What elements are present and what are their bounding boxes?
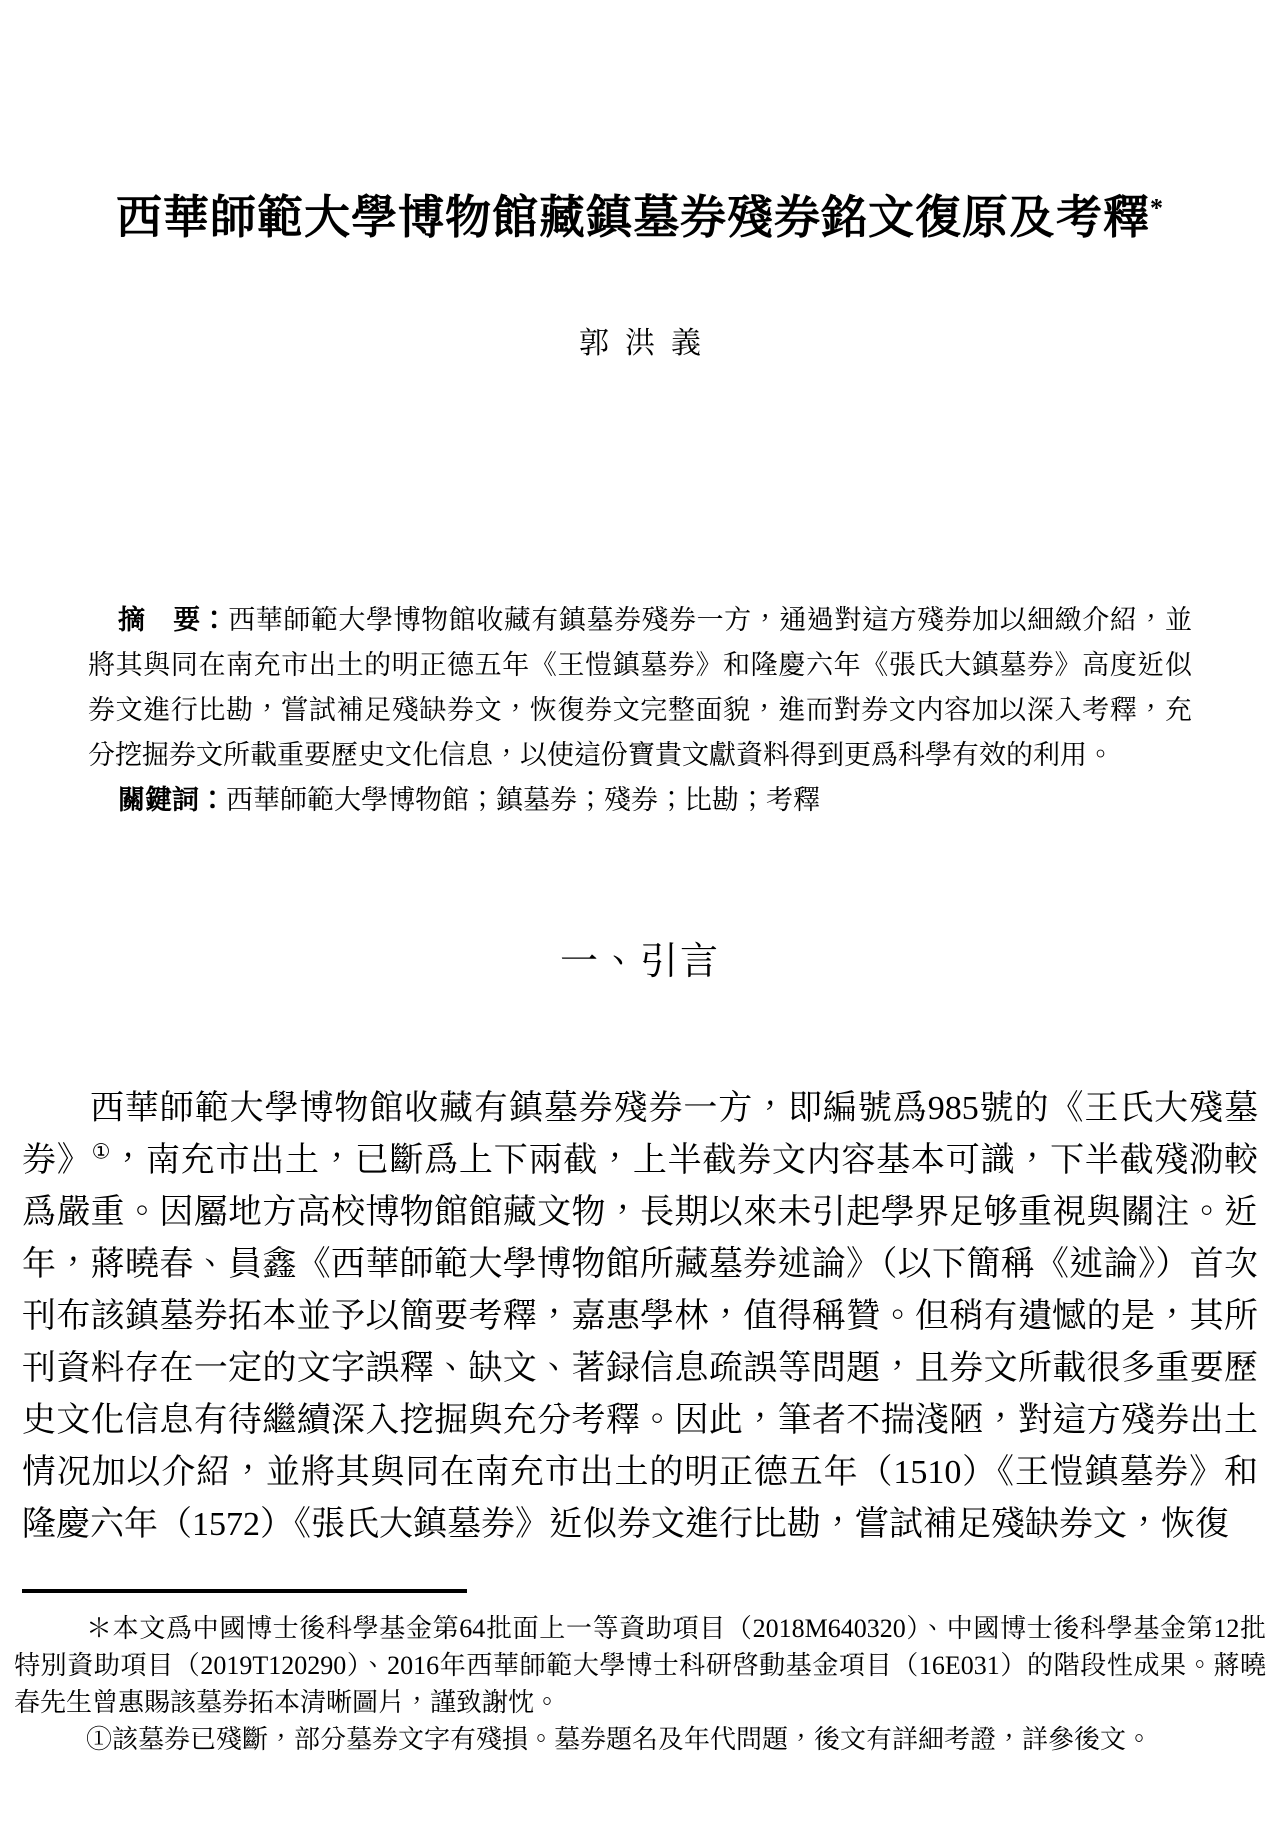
footnotes-section: ＊本文爲中國博士後科學基金第64批面上一等資助項目（2018M640320）、中… (14, 1610, 1266, 1758)
footnote-star: ＊本文爲中國博士後科學基金第64批面上一等資助項目（2018M640320）、中… (14, 1610, 1266, 1721)
footnote-1-text: 該墓券已殘斷，部分墓券文字有殘損。墓券題名及年代問題，後文有詳細考證，詳參後文。 (112, 1725, 1152, 1754)
page-title-text: 西華師範大學博物館藏鎮墓券殘券銘文復原及考釋 (116, 192, 1150, 243)
footnote-1-marker: ① (86, 1725, 112, 1754)
footnote-ref-1-marker: ① (92, 1140, 112, 1164)
abstract-block: 摘 要：西華師範大學博物館收藏有鎮墓券殘券一方，通過對這方殘券加以細緻介紹，並將… (88, 598, 1192, 823)
footnote-star-text: 本文爲中國博士後科學基金第64批面上一等資助項目（2018M640320）、中國… (14, 1614, 1266, 1717)
abstract-text: 西華師範大學博物館收藏有鎮墓券殘券一方，通過對這方殘券加以細緻介紹，並將其與同在… (88, 605, 1192, 770)
footnote-star-marker: ＊ (86, 1614, 113, 1643)
abstract-paragraph: 摘 要：西華師範大學博物館收藏有鎮墓券殘券一方，通過對這方殘券加以細緻介紹，並將… (88, 598, 1192, 778)
author-name: 郭洪義 (0, 326, 1280, 362)
article-page: 西華師範大學博物館藏鎮墓券殘券銘文復原及考釋* 郭洪義 摘 要：西華師範大學博物… (0, 0, 1280, 1833)
keywords-label: 關鍵詞： (118, 785, 226, 815)
footnote-separator-rule (22, 1589, 467, 1593)
page-title: 西華師範大學博物館藏鎮墓券殘券銘文復原及考釋* (0, 192, 1280, 244)
body-paragraph: 西華師範大學博物館收藏有鎮墓券殘券一方，即編號爲985號的《王氏大殘墓券》①，南… (22, 1083, 1258, 1551)
footnote-1: ①該墓券已殘斷，部分墓券文字有殘損。墓券題名及年代問題，後文有詳細考證，詳參後文… (14, 1721, 1266, 1758)
section-heading-introduction: 一、引言 (0, 938, 1280, 986)
abstract-label: 摘 要： (118, 605, 228, 635)
keywords-line: 關鍵詞：西華師範大學博物館；鎮墓券；殘券；比勘；考釋 (88, 778, 1192, 823)
keywords-text: 西華師範大學博物館；鎮墓券；殘券；比勘；考釋 (226, 785, 820, 815)
title-footnote-marker: * (1150, 194, 1164, 223)
body-text-after-ref: ，南充市出土，已斷爲上下兩截，上半截券文内容基本可識，下半截殘泐較爲嚴重。因屬地… (22, 1142, 1258, 1543)
